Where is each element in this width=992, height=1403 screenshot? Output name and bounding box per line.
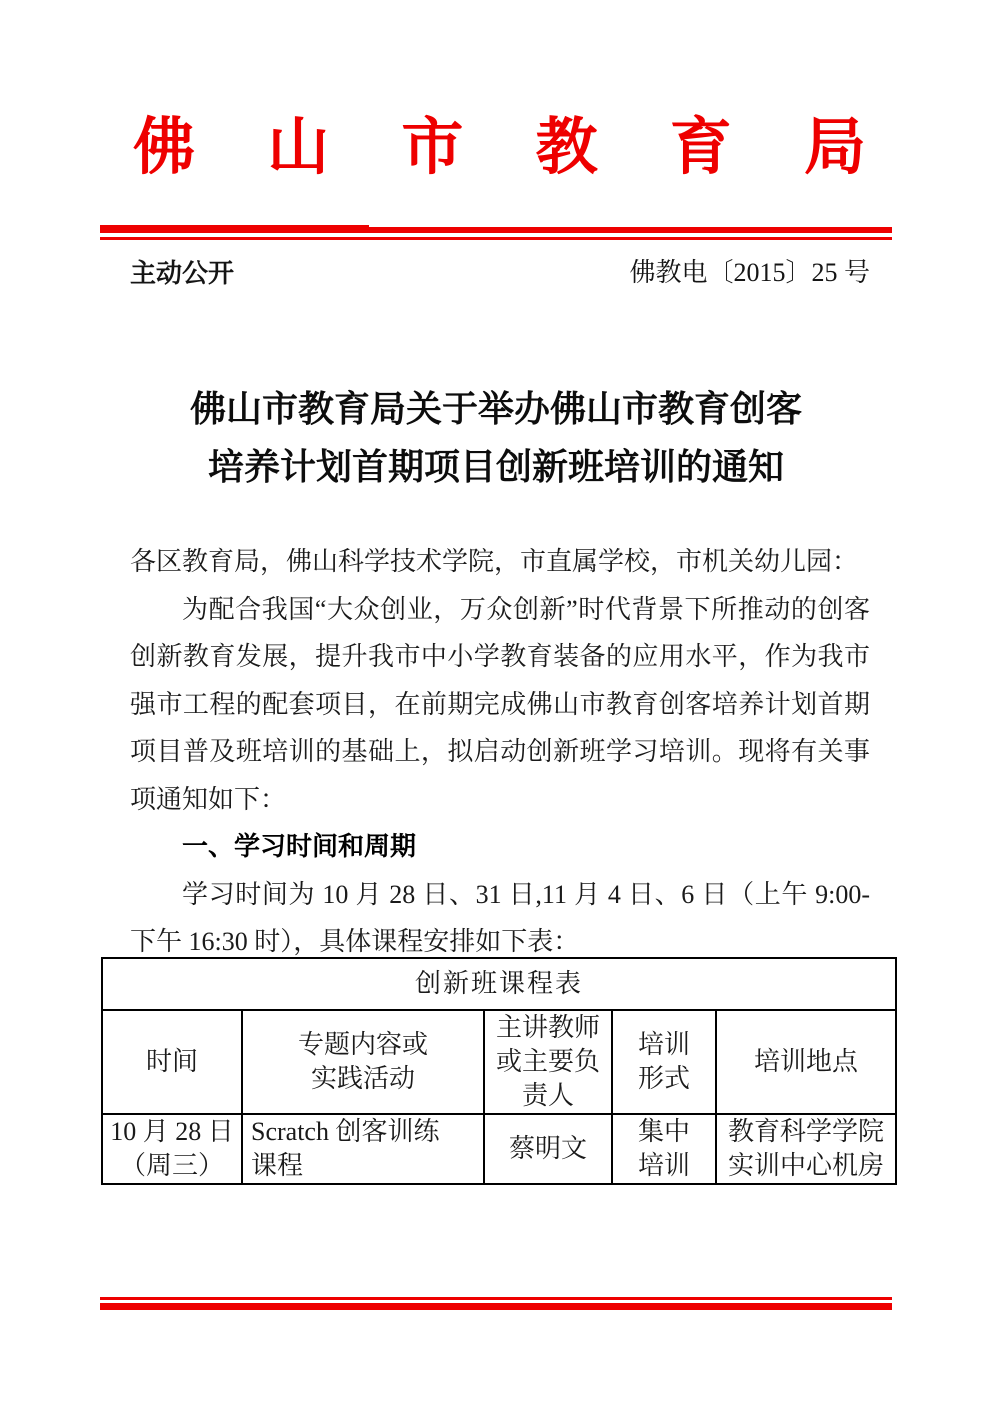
- document-page: 佛山市教育局 主动公开 佛教电〔2015〕25 号 佛山市教育局关于举办佛山市教…: [0, 0, 992, 1403]
- footer-thick-bar: [100, 1303, 892, 1310]
- col-header-format: 培训 形式: [612, 1010, 716, 1114]
- footer-thin-bar: [100, 1297, 892, 1300]
- letterhead-double-rule: [100, 225, 892, 241]
- rule-thin-bar: [100, 237, 892, 240]
- footer-double-rule: [100, 1297, 892, 1311]
- document-body: 各区教育局，佛山科学技术学院，市直属学校，市机关幼儿园： 为配合我国“大众创业，…: [130, 538, 870, 966]
- rule-main-bar: [100, 227, 892, 233]
- document-title-line2: 培养计划首期项目创新班培训的通知: [96, 438, 896, 496]
- col-header-time: 时间: [102, 1010, 242, 1114]
- col-header-teacher: 主讲教师 或主要负 责人: [484, 1010, 612, 1114]
- table-row: 10 月 28 日 （周三） Scratch 创客训练 课程 蔡明文 集中 培训…: [102, 1114, 896, 1184]
- paragraph-schedule: 学习时间为 10 月 28 日、31 日,11 月 4 日、6 日（上午 9:0…: [130, 871, 870, 966]
- cell-teacher: 蔡明文: [484, 1114, 612, 1184]
- cell-time: 10 月 28 日 （周三）: [102, 1114, 242, 1184]
- cell-format: 集中 培训: [612, 1114, 716, 1184]
- col-header-location: 培训地点: [716, 1010, 896, 1114]
- salutation-line: 各区教育局，佛山科学技术学院，市直属学校，市机关幼儿园：: [130, 538, 870, 586]
- agency-letterhead-title: 佛山市教育局: [133, 106, 866, 190]
- cell-location: 教育科学学院 实训中心机房: [716, 1114, 896, 1184]
- document-title: 佛山市教育局关于举办佛山市教育创客 培养计划首期项目创新班培训的通知: [96, 380, 896, 496]
- col-header-topic: 专题内容或 实践活动: [242, 1010, 484, 1114]
- disclosure-label: 主动公开: [130, 258, 234, 288]
- cell-topic: Scratch 创客训练 课程: [242, 1114, 484, 1184]
- table-title-row: 创新班课程表: [102, 958, 896, 1010]
- document-title-line1: 佛山市教育局关于举办佛山市教育创客: [96, 380, 896, 438]
- paragraph-intro: 为配合我国“大众创业，万众创新”时代背景下所推动的创客创新教育发展，提升我市中小…: [130, 586, 870, 824]
- section-heading-1: 一、学习时间和周期: [130, 823, 870, 871]
- table-header-row: 时间 专题内容或 实践活动 主讲教师 或主要负 责人 培训 形式 培训地点: [102, 1010, 896, 1114]
- document-number: 佛教电〔2015〕25 号: [629, 258, 870, 288]
- course-schedule-table: 创新班课程表 时间 专题内容或 实践活动 主讲教师 或主要负 责人 培训 形式 …: [101, 957, 897, 1185]
- table-title: 创新班课程表: [102, 958, 896, 1010]
